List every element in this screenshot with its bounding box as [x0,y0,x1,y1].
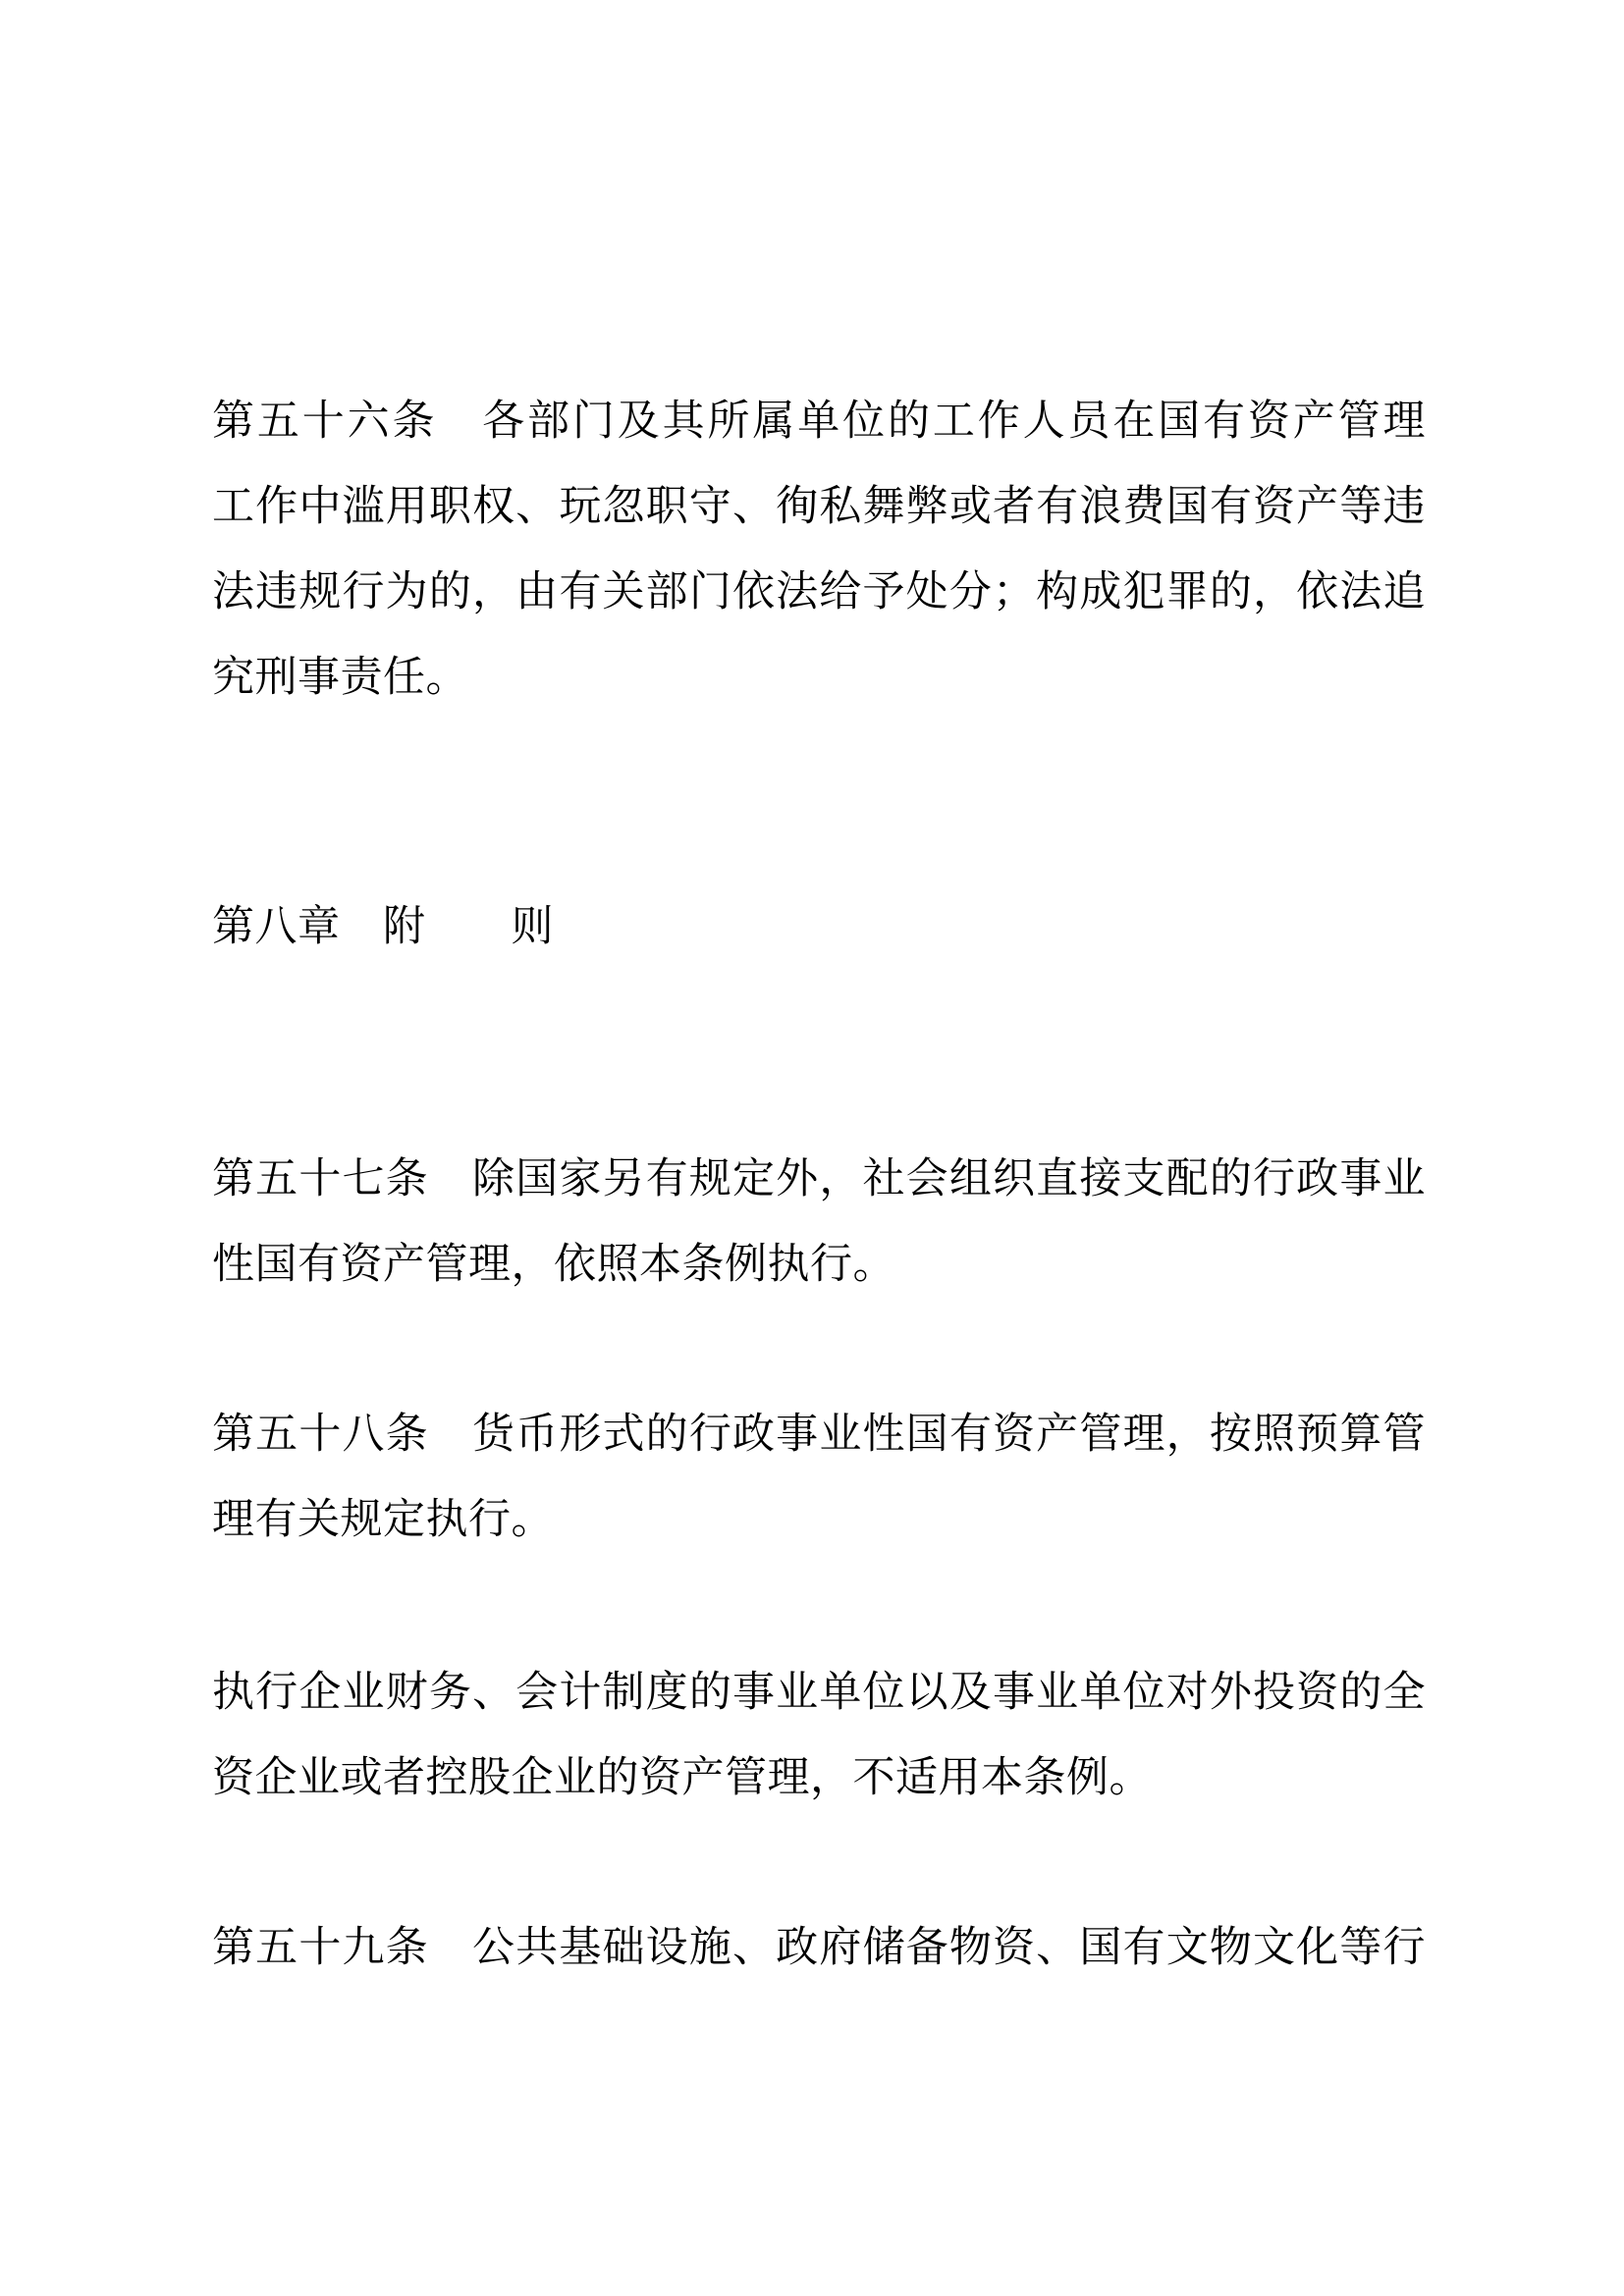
text-line: 第五十八条 货币形式的行政事业性国有资产管理，按照预算管 [212,1392,1426,1477]
article-58: 第五十八条 货币形式的行政事业性国有资产管理，按照预算管理有关规定执行。 [212,1392,1426,1563]
article-57: 第五十七条 除国家另有规定外，社会组织直接支配的行政事业性国有资产管理，依照本条… [212,1137,1426,1308]
text-line: 第五十六条 各部门及其所属单位的工作人员在国有资产管理 [212,379,1426,464]
document-page: { "page": { "background": "#ffffff", "te… [0,0,1624,2296]
text-line: 第五十七条 除国家另有规定外，社会组织直接支配的行政事业 [212,1137,1426,1222]
text-line: 第五十九条 公共基础设施、政府储备物资、国有文物文化等行 [212,1905,1426,1991]
article-59: 第五十九条 公共基础设施、政府储备物资、国有文物文化等行 [212,1905,1426,1991]
article-58-continuation: 执行企业财务、会计制度的事业单位以及事业单位对外投资的全资企业或者控股企业的资产… [212,1650,1426,1821]
text-line: 工作中滥用职权、玩忽职守、徇私舞弊或者有浪费国有资产等违 [212,464,1426,550]
document-body: 第五十六条 各部门及其所属单位的工作人员在国有资产管理工作中滥用职权、玩忽职守、… [0,0,1624,2296]
article-56: 第五十六条 各部门及其所属单位的工作人员在国有资产管理工作中滥用职权、玩忽职守、… [212,379,1426,721]
text-line: 第八章 附 则 [212,884,1426,970]
text-line: 法违规行为的，由有关部门依法给予处分；构成犯罪的，依法追 [212,550,1426,635]
text-line: 究刑事责任。 [212,635,1426,721]
text-line: 资企业或者控股企业的资产管理，不适用本条例。 [212,1735,1426,1821]
chapter-8-heading: 第八章 附 则 [212,884,1426,970]
text-line: 理有关规定执行。 [212,1477,1426,1563]
text-line: 执行企业财务、会计制度的事业单位以及事业单位对外投资的全 [212,1650,1426,1735]
text-line: 性国有资产管理，依照本条例执行。 [212,1222,1426,1308]
